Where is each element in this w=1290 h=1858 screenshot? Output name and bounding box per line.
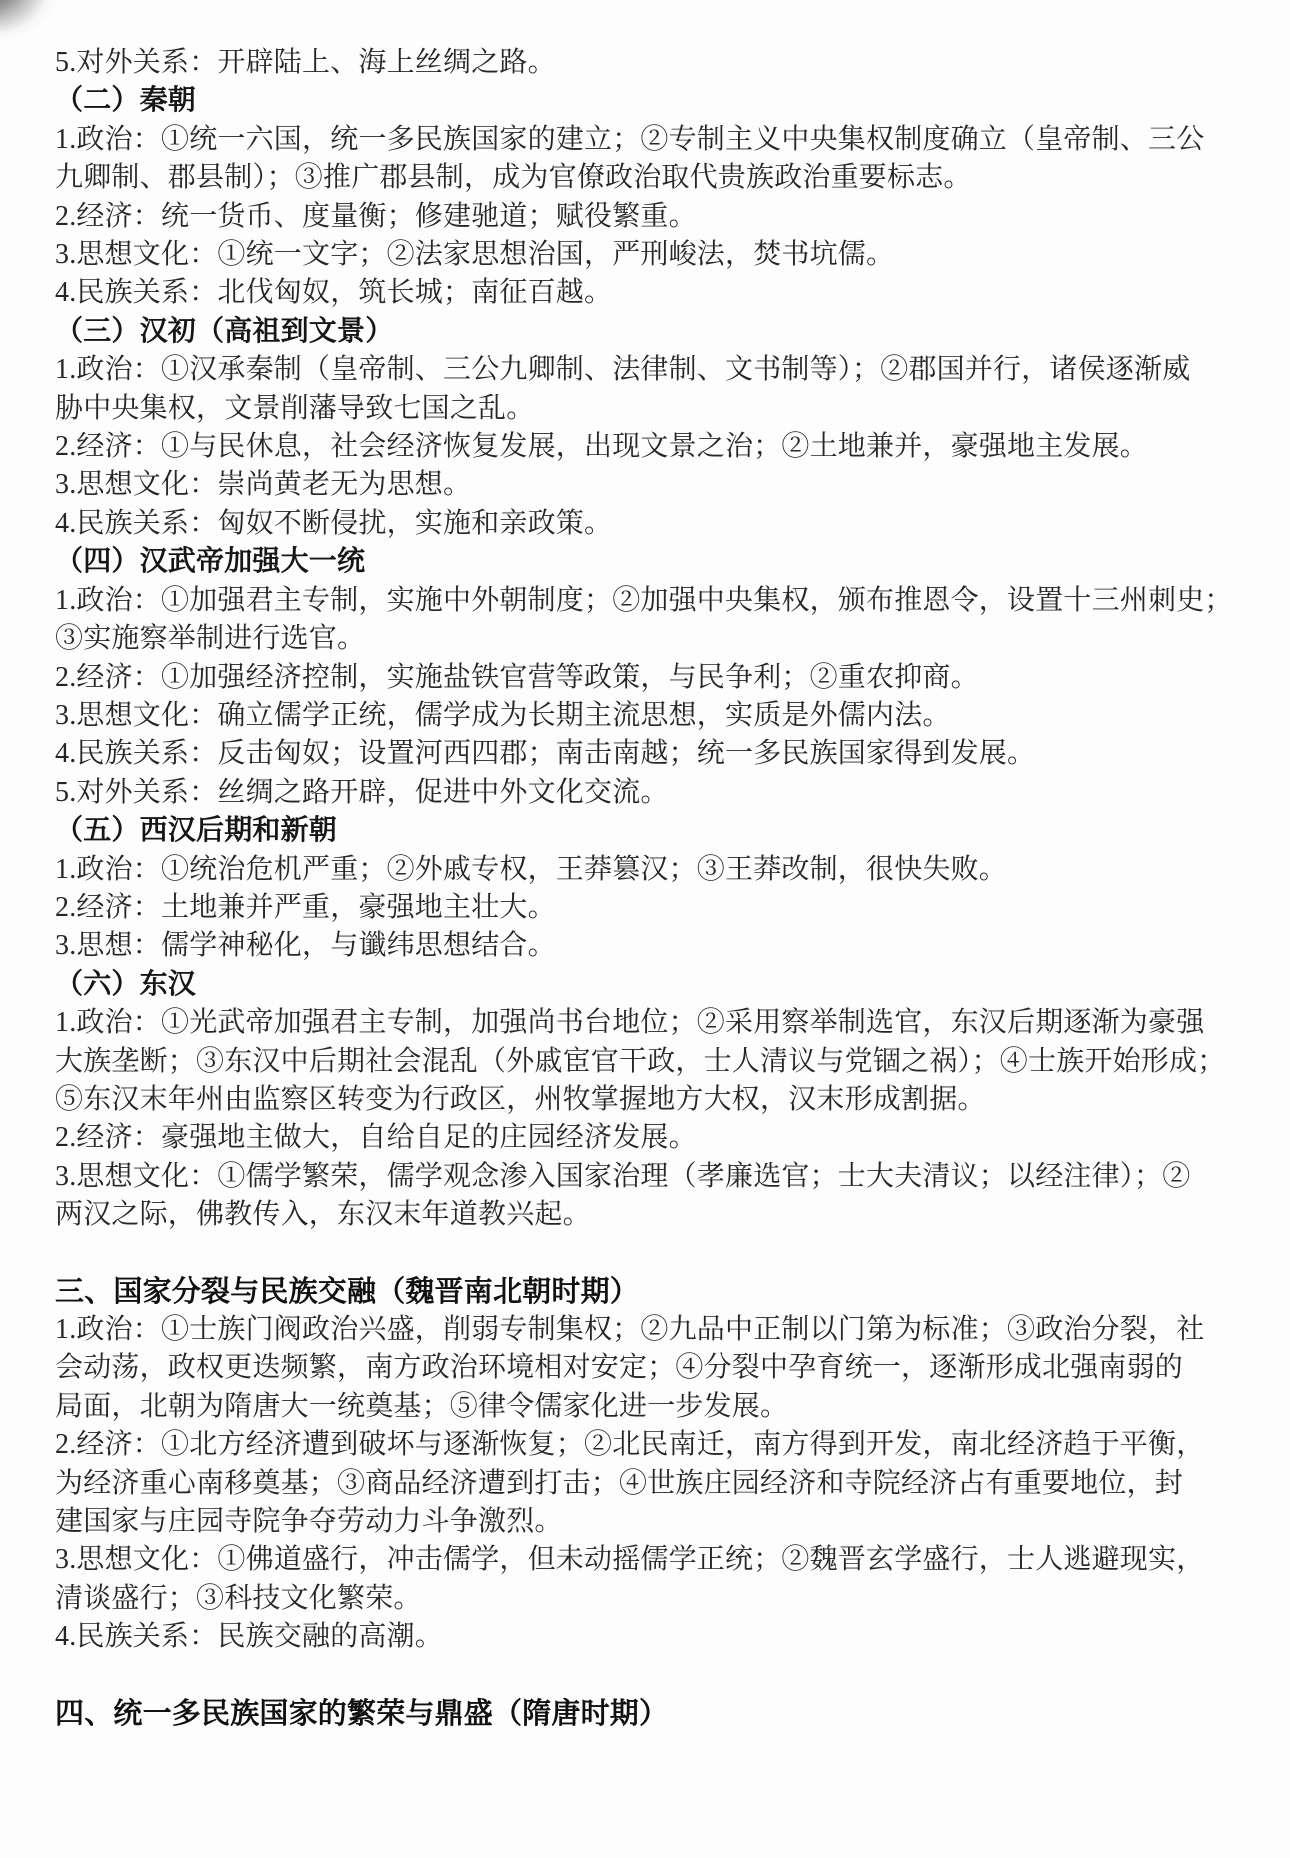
text-line: 2.经济：豪强地主做大，自给自足的庄园经济发展。 bbox=[55, 1119, 1240, 1157]
text-line: 4.民族关系：反击匈奴；设置河西四郡；南击南越；统一多民族国家得到发展。 bbox=[55, 735, 1240, 773]
text-line: 清谈盛行；③科技文化繁荣。 bbox=[55, 1580, 1240, 1618]
text-line: 2.经济：①与民休息，社会经济恢复发展，出现文景之治；②土地兼并，豪强地主发展。 bbox=[55, 428, 1240, 466]
text-line: ⑤东汉末年州由监察区转变为行政区，州牧掌握地方大权，汉末形成割据。 bbox=[55, 1081, 1240, 1119]
text-line: 2.经济：统一货币、度量衡；修建驰道；赋役繁重。 bbox=[55, 198, 1240, 236]
text-line: 3.思想文化：确立儒学正统，儒学成为长期主流思想，实质是外儒内法。 bbox=[55, 697, 1240, 735]
text-line: 九卿制、郡县制）；③推广郡县制，成为官僚政治取代贵族政治重要标志。 bbox=[55, 159, 1240, 197]
subsection-heading: （二）秦朝 bbox=[55, 82, 1240, 120]
text-line: 1.政治：①统治危机严重；②外戚专权，王莽篡汉；③王莽改制，很快失败。 bbox=[55, 851, 1240, 889]
text-line: 局面，北朝为隋唐大一统奠基；⑤律令儒家化进一步发展。 bbox=[55, 1388, 1240, 1426]
text-line: 5.对外关系：丝绸之路开辟，促进中外文化交流。 bbox=[55, 774, 1240, 812]
text-line: 5.对外关系：开辟陆上、海上丝绸之路。 bbox=[55, 44, 1240, 82]
text-line: 胁中央集权，文景削藩导致七国之乱。 bbox=[55, 390, 1240, 428]
text-line: 3.思想文化：①儒学繁荣，儒学观念渗入国家治理（孝廉选官；士大夫清议；以经注律）… bbox=[55, 1158, 1240, 1196]
text-line: 1.政治：①汉承秦制（皇帝制、三公九卿制、法律制、文书制等）；②郡国并行，诸侯逐… bbox=[55, 351, 1240, 389]
subsection-heading: （六）东汉 bbox=[55, 966, 1240, 1004]
text-line: 2.经济：①加强经济控制，实施盐铁官营等政策，与民争利；②重农抑商。 bbox=[55, 659, 1240, 697]
text-line: 两汉之际，佛教传入，东汉末年道教兴起。 bbox=[55, 1196, 1240, 1234]
subsection-heading: （三）汉初（高祖到文景） bbox=[55, 313, 1240, 351]
text-line: 3.思想文化：崇尚黄老无为思想。 bbox=[55, 466, 1240, 504]
section-heading: 四、统一多民族国家的繁荣与鼎盛（隋唐时期） bbox=[55, 1695, 1240, 1733]
text-line: 1.政治：①统一六国，统一多民族国家的建立；②专制主义中央集权制度确立（皇帝制、… bbox=[55, 121, 1240, 159]
text-line: ③实施察举制进行选官。 bbox=[55, 620, 1240, 658]
text-line: 2.经济：①北方经济遭到破坏与逐渐恢复；②北民南迁，南方得到开发，南北经济趋于平… bbox=[55, 1426, 1240, 1464]
text-line: 会动荡，政权更迭频繁，南方政治环境相对安定；④分裂中孕育统一，逐渐形成北强南弱的 bbox=[55, 1349, 1240, 1387]
text-line: 4.民族关系：民族交融的高潮。 bbox=[55, 1618, 1240, 1656]
subsection-heading: （四）汉武帝加强大一统 bbox=[55, 543, 1240, 581]
text-line: 1.政治：①加强君主专制，实施中外朝制度；②加强中央集权，颁布推恩令，设置十三州… bbox=[55, 582, 1240, 620]
text-line: 1.政治：①光武帝加强君主专制，加强尚书台地位；②采用察举制选官，东汉后期逐渐为… bbox=[55, 1004, 1240, 1042]
text-line: 2.经济：土地兼并严重，豪强地主壮大。 bbox=[55, 889, 1240, 927]
text-line: 4.民族关系：北伐匈奴，筑长城；南征百越。 bbox=[55, 274, 1240, 312]
text-line: 4.民族关系：匈奴不断侵扰，实施和亲政策。 bbox=[55, 505, 1240, 543]
document-body: 5.对外关系：开辟陆上、海上丝绸之路。 （二）秦朝 1.政治：①统一六国，统一多… bbox=[55, 44, 1240, 1733]
text-line: 3.思想：儒学神秘化，与谶纬思想结合。 bbox=[55, 927, 1240, 965]
document-page: 5.对外关系：开辟陆上、海上丝绸之路。 （二）秦朝 1.政治：①统一六国，统一多… bbox=[0, 0, 1290, 1858]
text-line: 建国家与庄园寺院争夺劳动力斗争激烈。 bbox=[55, 1503, 1240, 1541]
text-line: 3.思想文化：①佛道盛行，冲击儒学，但未动摇儒学正统；②魏晋玄学盛行，士人逃避现… bbox=[55, 1541, 1240, 1579]
section-heading: 三、国家分裂与民族交融（魏晋南北朝时期） bbox=[55, 1273, 1240, 1311]
text-line: 大族垄断；③东汉中后期社会混乱（外戚宦官干政，士人清议与党锢之祸）；④士族开始形… bbox=[55, 1043, 1240, 1081]
text-line: 1.政治：①士族门阀政治兴盛，削弱专制集权；②九品中正制以门第为标准；③政治分裂… bbox=[55, 1311, 1240, 1349]
subsection-heading: （五）西汉后期和新朝 bbox=[55, 812, 1240, 850]
text-line: 3.思想文化：①统一文字；②法家思想治国，严刑峻法，焚书坑儒。 bbox=[55, 236, 1240, 274]
text-line: 为经济重心南移奠基；③商品经济遭到打击；④世族庄园经济和寺院经济占有重要地位，封 bbox=[55, 1465, 1240, 1503]
